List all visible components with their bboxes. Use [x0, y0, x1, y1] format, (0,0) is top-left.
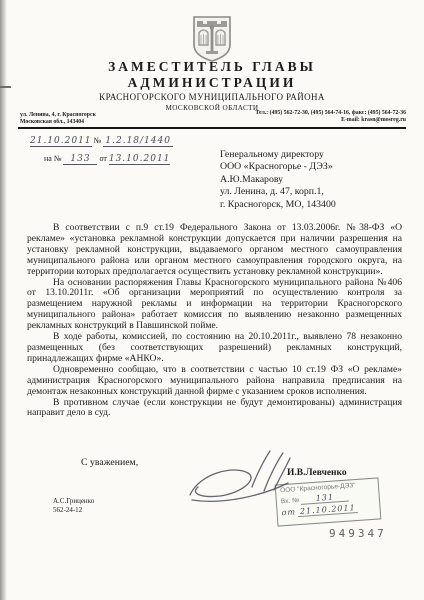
outgoing-date-handwritten: 21.10.2011 [30, 136, 92, 147]
sender-district: КРАСНОГОРСКОГО МУНИЦИПАЛЬНОГО РАЙОНА [0, 92, 424, 102]
paragraph-orders: Одновременно сообщаю, что в соответствии… [27, 365, 402, 398]
coat-of-arms-icon [192, 15, 232, 62]
recipient-block: Генеральному директору ООО «Красногорье … [220, 149, 336, 211]
recipient-street: ул. Ленина, д. 47, корп.1, [220, 186, 336, 198]
letter-body: В соответствии с п.9 ст.19 Федерального … [27, 223, 402, 419]
outgoing-number-handwritten: 1.2.18/1440 [103, 136, 173, 147]
number-sign-label: № [94, 136, 102, 145]
reply-number-handwritten: 133 [63, 154, 97, 165]
sender-address-line1: ул. Ленина, 4, г. Красногорск [20, 112, 96, 119]
scanned-letter-page: ЗАМЕСТИТЕЛЬ ГЛАВЫ АДМИНИСТРАЦИИ КРАСНОГО… [0, 0, 424, 600]
paragraph-findings: В ходе работы, комиссией, по состоянию н… [27, 332, 402, 365]
from-label: от [99, 154, 106, 163]
sender-email: E-mail: krasn@mosreg.ru [255, 117, 406, 124]
sender-address: ул. Ленина, 4, г. Красногорск Московская… [20, 112, 96, 126]
blank-form-number: 949347 [329, 527, 387, 540]
letterhead-divider [18, 127, 406, 129]
executor-name: А.С.Гриценко [53, 497, 94, 506]
sender-address-line2: Московская обл., 143404 [20, 119, 96, 126]
stamp-in-number-handwritten: 131 [301, 492, 350, 505]
executor-block: А.С.Гриценко 562-24-12 [53, 497, 94, 515]
paragraph-law-basis: В соответствии с п.9 ст.19 Федерального … [27, 223, 402, 278]
reply-date-handwritten: 13.10.2011 [109, 154, 171, 165]
sender-contacts: Тел.: (495) 562-72-30, (495) 564-74-16, … [255, 110, 406, 124]
closing-regards: С уважением, [81, 457, 138, 468]
signature-icon [182, 445, 302, 513]
reply-to-label: на № [44, 154, 61, 163]
recipient-company: ООО «Красногорье - ДЭЗ» [220, 161, 336, 173]
paragraph-commission: На основании распоряжения Главы Красного… [27, 278, 402, 333]
sender-title-line1: ЗАМЕСТИТЕЛЬ ГЛАВЫ [0, 59, 424, 75]
recipient-name: А.Ю.Макарову [220, 174, 336, 186]
recipient-position: Генеральному директору [220, 149, 336, 161]
recipient-city: г. Красногорск, МО, 143400 [220, 199, 336, 211]
stamp-date-handwritten: 21.10.2011 [298, 503, 359, 517]
incoming-reference-line: на № 133 от 13.10.2011 [44, 154, 170, 165]
outgoing-reference-line: 21.10.2011 № 1.2.18/1440 [30, 136, 173, 147]
paragraph-court-warning: В противном случае (если конструкции не … [27, 398, 402, 420]
sender-title-line2: АДМИНИСТРАЦИИ [0, 75, 424, 91]
executor-phone: 562-24-12 [53, 506, 94, 515]
sender-phone: Тел.: (495) 562-72-30, (495) 564-74-16, … [255, 110, 406, 117]
